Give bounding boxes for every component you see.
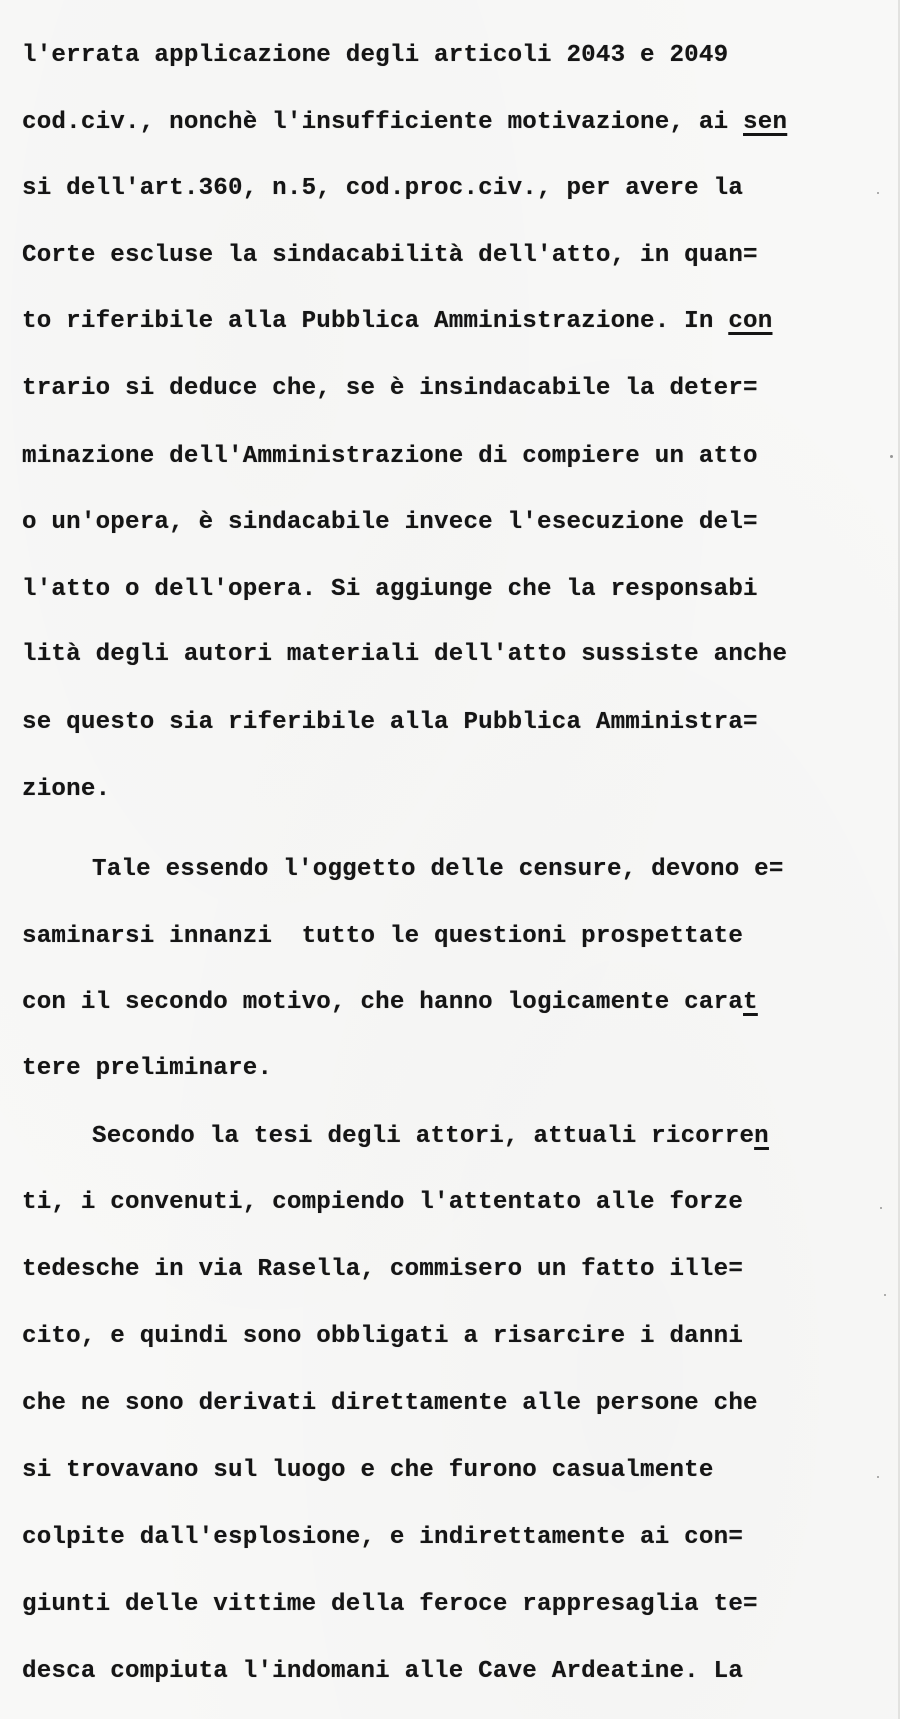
text-line-25: desca compiuta l'indomani alle Cave Arde…: [22, 1657, 743, 1687]
paper-speck: [877, 1476, 879, 1478]
text-line-18: ti, i convenuti, compiendo l'attentato a…: [22, 1188, 743, 1218]
paper-speck: [884, 1294, 886, 1296]
text-line-4: Corte escluse la sindacabilità dell'atto…: [22, 241, 758, 271]
text-line-11: se questo sia riferibile alla Pubblica A…: [22, 708, 758, 738]
text-line-15: con il secondo motivo, che hanno logicam…: [22, 988, 758, 1018]
text-line-24: giunti delle vittime della feroce rappre…: [22, 1590, 758, 1620]
paper-speck: [890, 455, 893, 458]
text-line-17-paragraph-start: Secondo la tesi degli attori, attuali ri…: [92, 1122, 769, 1152]
text-line-20: cito, e quindi sono obbligati a risarcir…: [22, 1322, 743, 1352]
text-line-8: o un'opera, è sindacabile invece l'esecu…: [22, 508, 758, 538]
document-page: l'errata applicazione degli articoli 204…: [0, 0, 900, 1719]
text-line-2: cod.civ., nonchè l'insufficiente motivaz…: [22, 108, 787, 138]
text-line-7: minazione dell'Amministrazione di compie…: [22, 442, 758, 472]
text-line-9: l'atto o dell'opera. Si aggiunge che la …: [22, 575, 758, 605]
text-line-21: che ne sono derivati direttamente alle p…: [22, 1389, 758, 1419]
text-line-1: l'errata applicazione degli articoli 204…: [22, 41, 728, 71]
paper-speck: [880, 1207, 882, 1209]
text-line-23: colpite dall'esplosione, e indirettament…: [22, 1523, 743, 1553]
text-line-3: si dell'art.360, n.5, cod.proc.civ., per…: [22, 174, 743, 204]
text-line-16: tere preliminare.: [22, 1054, 272, 1084]
text-line-5: to riferibile alla Pubblica Amministrazi…: [22, 307, 772, 337]
text-line-14: saminarsi innanzi tutto le questioni pro…: [22, 922, 743, 952]
paper-speck: [877, 192, 879, 194]
text-line-10: lità degli autori materiali dell'atto su…: [22, 640, 787, 670]
text-line-12: zione.: [22, 775, 110, 805]
text-line-13-paragraph-start: Tale essendo l'oggetto delle censure, de…: [92, 855, 784, 885]
text-line-22: si trovavano sul luogo e che furono casu…: [22, 1456, 714, 1486]
text-line-19: tedesche in via Rasella, commisero un fa…: [22, 1255, 743, 1285]
text-line-6: trario si deduce che, se è insindacabile…: [22, 374, 758, 404]
